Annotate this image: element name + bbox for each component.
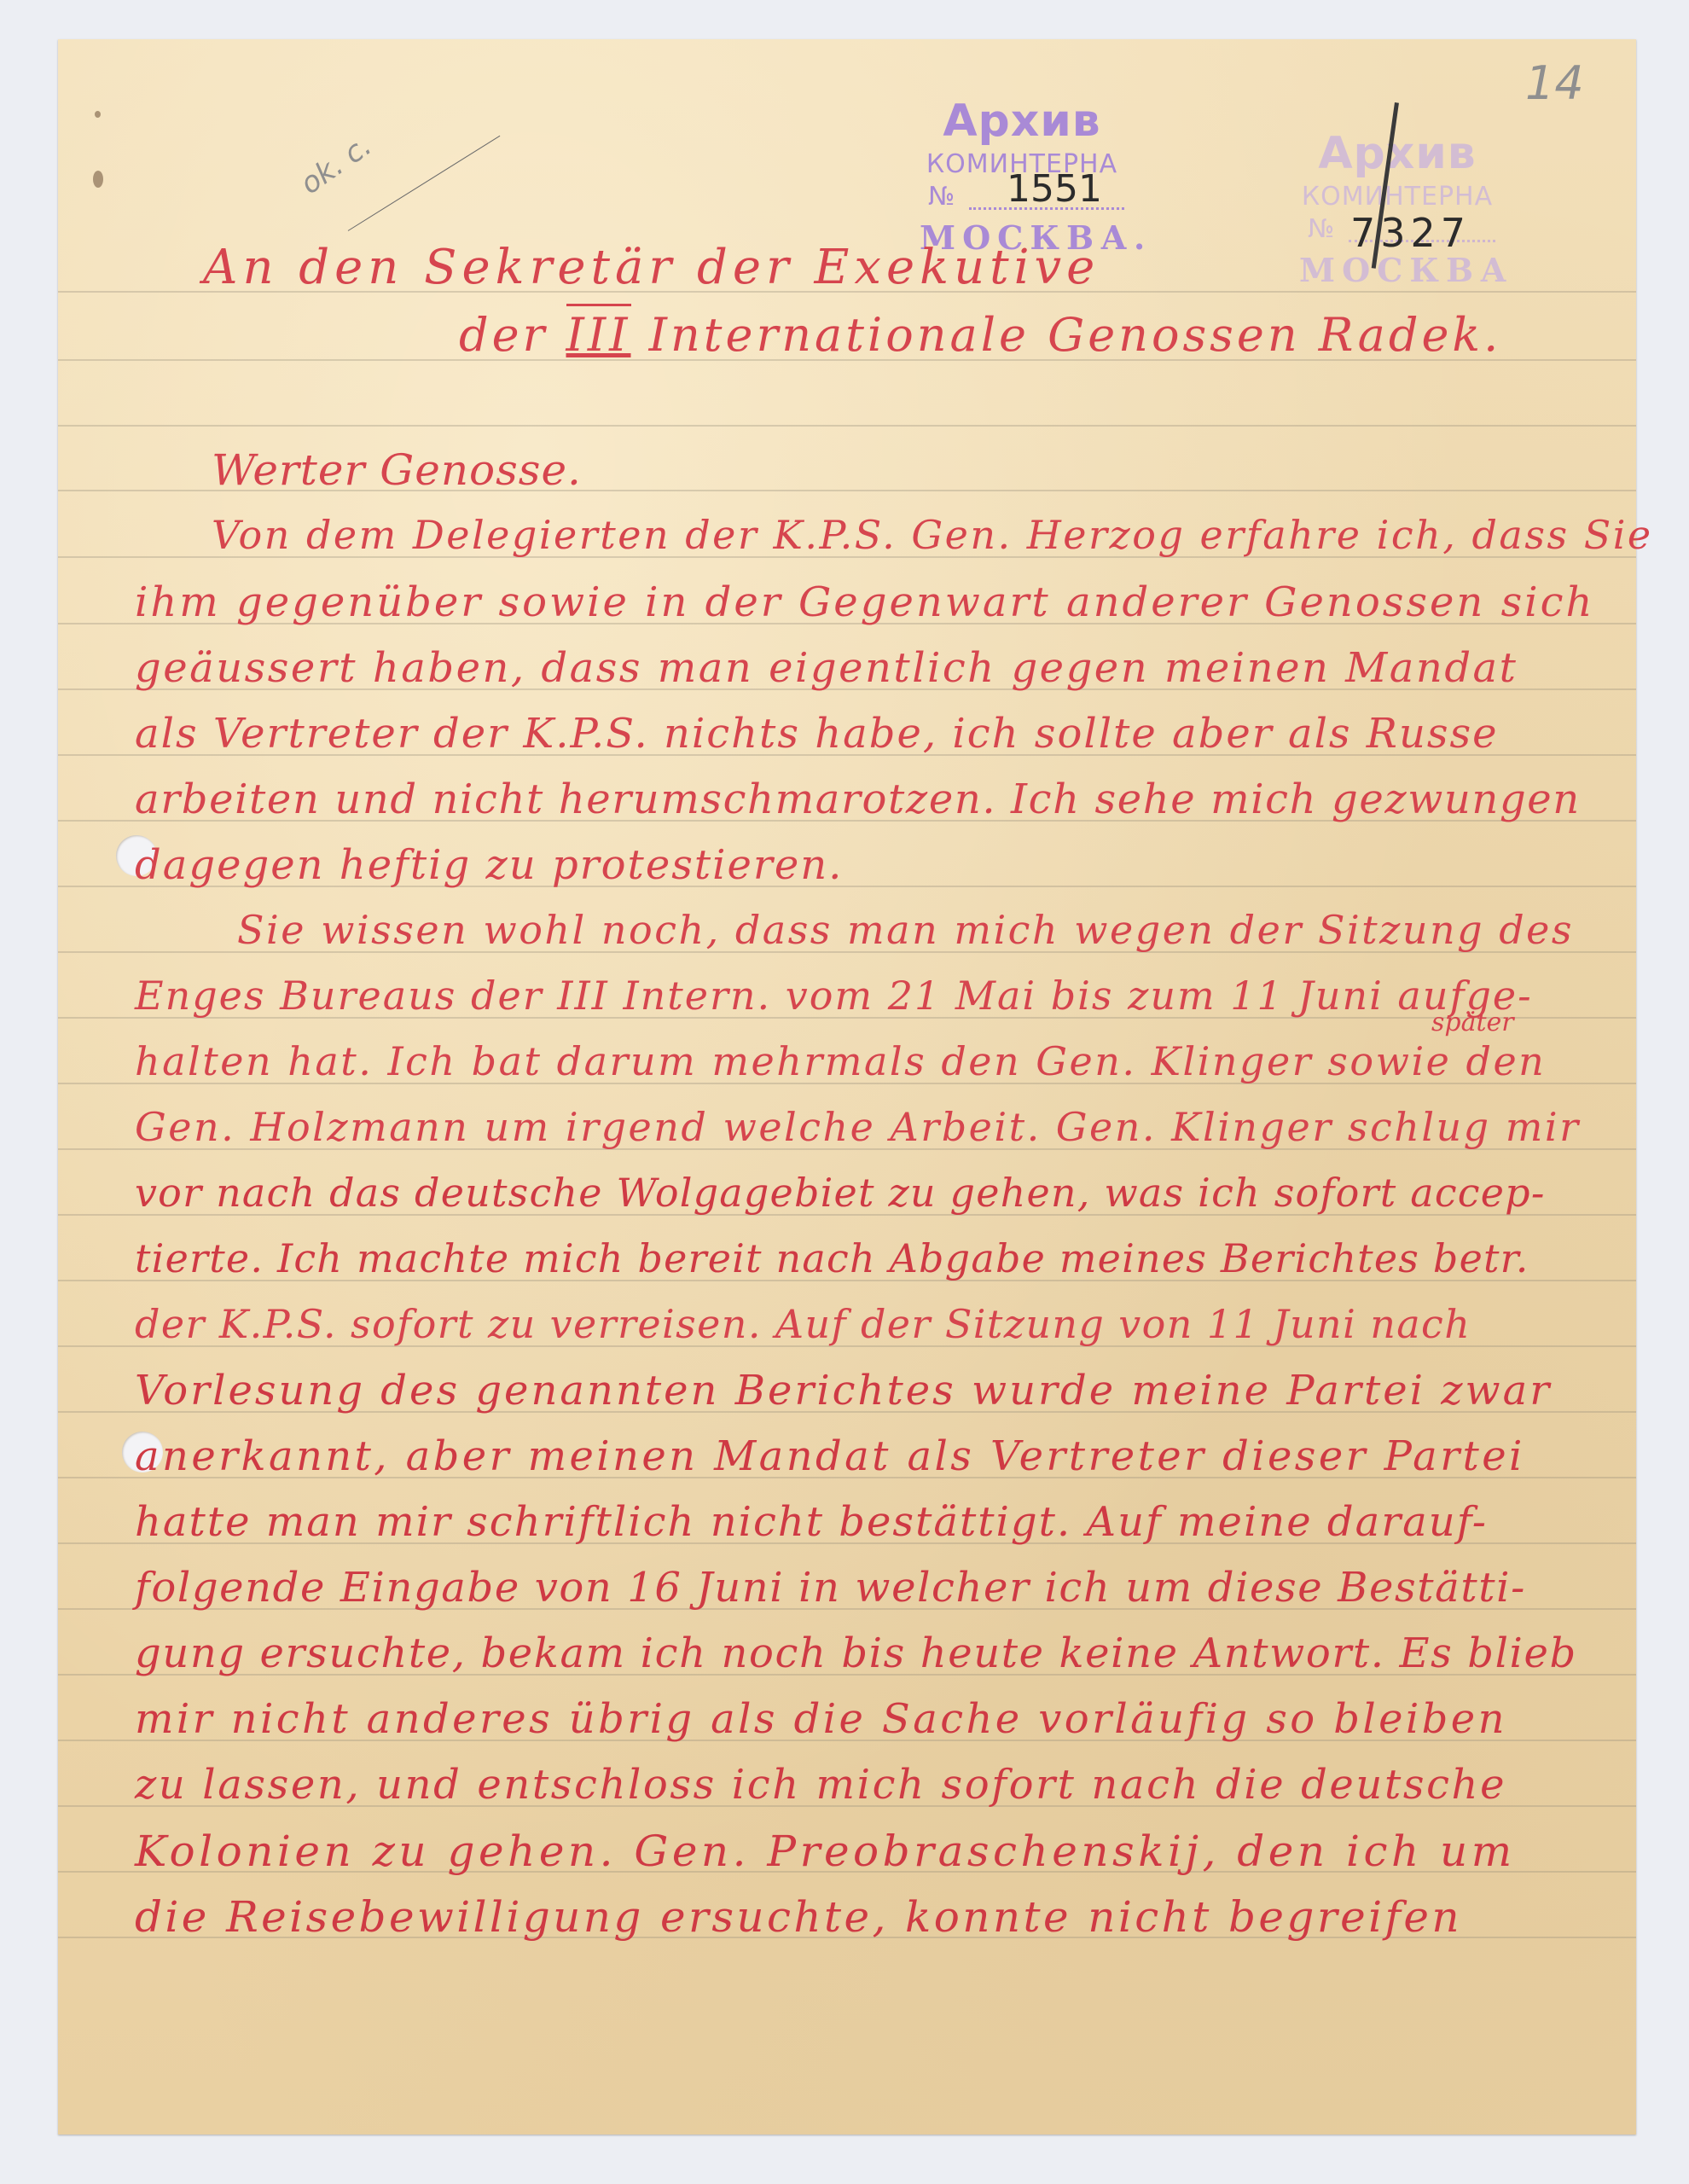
body-line: geäussert haben, dass man eigentlich geg… — [135, 648, 1518, 688]
body-line: Kolonien zu gehen. Gen. Preobraschenskij… — [135, 1830, 1516, 1873]
roman-numeral-three: III — [566, 304, 631, 362]
ink-stain — [95, 111, 101, 118]
body-line: mir nicht anderes übrig als die Sache vo… — [135, 1699, 1507, 1740]
body-line: tierte. Ich machte mich bereit nach Abga… — [135, 1239, 1529, 1278]
body-line: die Reisebewilligung ersuchte, konnte ni… — [135, 1896, 1462, 1938]
stamp-number-label: № — [1308, 217, 1334, 242]
stamp-city: МОСКВА — [1299, 254, 1495, 287]
body-line: folgende Eingabe von 16 Juni in welcher … — [135, 1567, 1526, 1608]
stamp-title: Архив — [920, 99, 1124, 143]
body-line: als Vertreter der K.P.S. nichts habe, ic… — [135, 713, 1499, 754]
body-line: vor nach das deutsche Wolgagebiet zu geh… — [135, 1173, 1546, 1212]
body-line: Von dem Delegierten der K.P.S. Gen. Herz… — [212, 515, 1653, 555]
body-line: Enges Bureaus der III Intern. vom 21 Mai… — [135, 976, 1533, 1015]
body-line: der K.P.S. sofort zu verreisen. Auf der … — [135, 1304, 1471, 1344]
address-line-2: der III Internationale Genossen Radek. — [459, 312, 1501, 358]
body-line: dagegen heftig zu protestieren. — [135, 845, 843, 886]
stamp-title: Архив — [1299, 131, 1495, 176]
pencil-note: ok. c. — [294, 129, 378, 201]
body-line: anerkannt, aber meinen Mandat als Vertre… — [135, 1436, 1525, 1477]
stamp-number-label: № — [928, 184, 955, 210]
body-line: gung ersuchte, bekam ich noch bis heute … — [135, 1633, 1577, 1674]
archive-number-handwritten: 7327 — [1350, 210, 1471, 256]
body-line: hatte man mir schriftlich nicht bestätti… — [135, 1501, 1488, 1542]
insertion-above-line: später — [1431, 1008, 1514, 1037]
salutation: Werter Genosse. — [212, 449, 582, 491]
archive-number-handwritten: 1551 — [1007, 167, 1102, 211]
body-line: Gen. Holzmann um irgend welche Arbeit. G… — [135, 1107, 1581, 1147]
address-rest: Internationale Genossen Radek. — [631, 308, 1502, 362]
body-line: arbeiten und nicht herumschmarotzen. Ich… — [135, 779, 1581, 820]
address-line-1: An den Sekretär der Exekutive — [203, 244, 1100, 292]
rule-line — [58, 425, 1636, 427]
stamp-organization: КОМИНТЕРНА — [1299, 184, 1495, 210]
page-number: 14 — [1525, 56, 1584, 110]
body-line: Vorlesung des genannten Berichtes wurde … — [135, 1370, 1552, 1411]
letter-page: 14 ok. c. Архив КОМИНТЕРНА № МОСКВА. 155… — [58, 39, 1636, 2135]
body-line: Sie wissen wohl noch, dass man mich wege… — [237, 910, 1574, 950]
address-prefix: der — [459, 308, 566, 362]
body-line: ihm gegenüber sowie in der Gegenwart and… — [135, 582, 1594, 623]
ink-stain — [93, 171, 103, 188]
archive-stamp-faded: Архив КОМИНТЕРНА № МОСКВА — [1299, 131, 1495, 287]
body-line: halten hat. Ich bat darum mehrmals den G… — [135, 1042, 1546, 1081]
body-line: zu lassen, und entschloss ich mich sofor… — [135, 1764, 1506, 1805]
